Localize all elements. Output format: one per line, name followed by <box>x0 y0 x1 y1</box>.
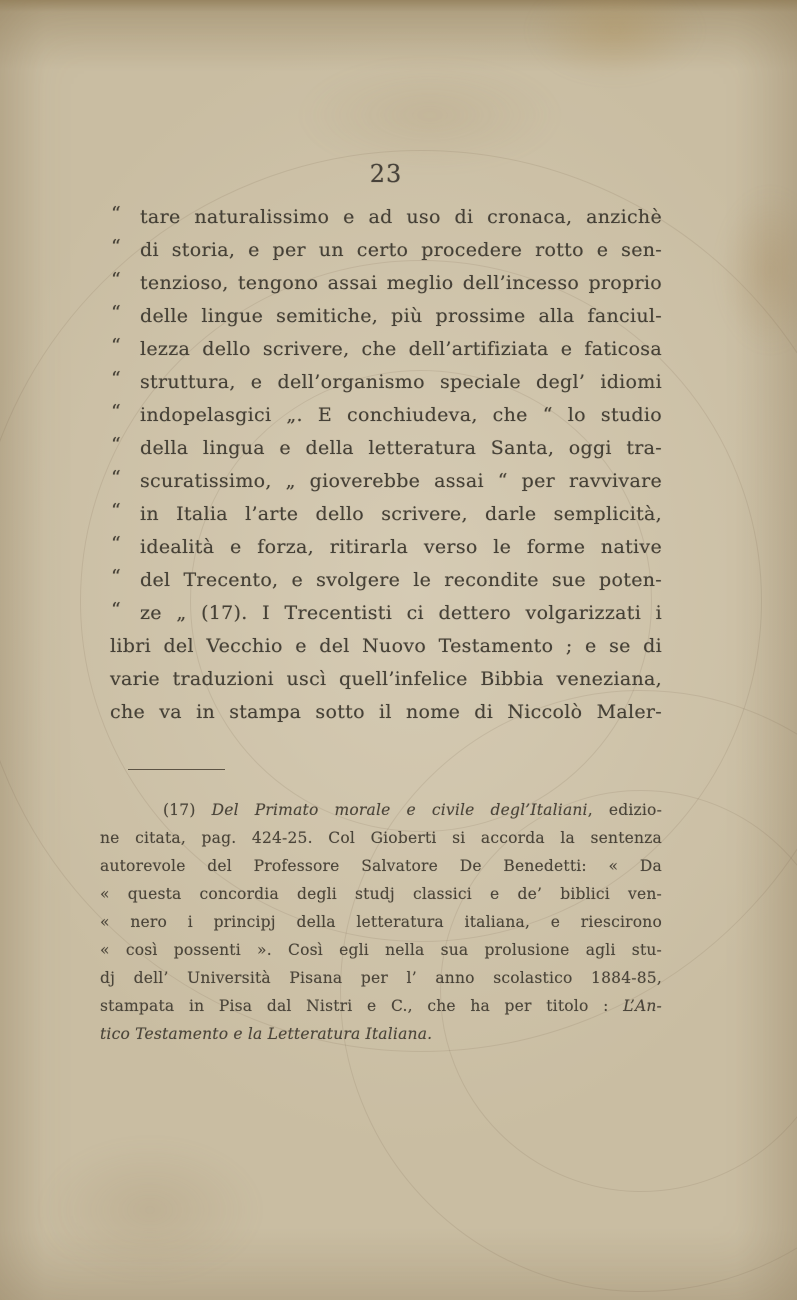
margin-quote-mark: “ <box>111 264 121 297</box>
text-line: varie traduzioni uscì quell’infelice Bib… <box>110 663 662 696</box>
margin-quote-mark: “ <box>111 561 121 594</box>
text-line-content: indopelasgici „. E conchiudeva, che “ lo… <box>140 399 662 432</box>
footnote-line: autorevole del Professore Salvatore De B… <box>100 852 662 880</box>
margin-quote-mark: “ <box>111 528 121 561</box>
footnote-text: « questa concordia degli studj classici … <box>100 885 662 903</box>
footnote-text: (17) <box>163 801 212 819</box>
footnote-line: (17) Del Primato morale e civile degl’It… <box>100 796 662 824</box>
text-line-content: varie traduzioni uscì quell’infelice Bib… <box>110 663 662 696</box>
margin-quote-mark: “ <box>111 396 121 429</box>
footnote-text: dj dell’ Università Pisana per l’ anno s… <box>100 969 662 987</box>
text-line-content: delle lingue semitiche, più prossime all… <box>140 300 662 333</box>
text-line: libri del Vecchio e del Nuovo Testamento… <box>110 630 662 663</box>
margin-quote-mark: “ <box>111 330 121 363</box>
text-line: “in Italia l’arte dello scrivere, darle … <box>110 498 662 531</box>
margin-quote-mark: “ <box>111 495 121 528</box>
paper-stain <box>40 1140 260 1280</box>
footnote-text: , edizio- <box>588 801 662 819</box>
margin-quote-mark: “ <box>111 594 121 627</box>
footnote-line: dj dell’ Università Pisana per l’ anno s… <box>100 964 662 992</box>
text-line: “indopelasgici „. E conchiudeva, che “ l… <box>110 399 662 432</box>
text-line-content: ze „ (17). I Trecentisti ci dettero volg… <box>140 597 662 630</box>
text-line-content: di storia, e per un certo procedere rott… <box>140 234 662 267</box>
footnote-line: stampata in Pisa dal Nistri e C., che ha… <box>100 992 662 1020</box>
text-line: “idealità e forza, ritirarla verso le fo… <box>110 531 662 564</box>
text-line: “ze „ (17). I Trecentisti ci dettero vol… <box>110 597 662 630</box>
footnote-italic-title: L’An- <box>623 997 662 1015</box>
text-line-content: tenzioso, tengono assai meglio dell’ince… <box>140 267 662 300</box>
footnote-text: « così possenti ». Così egli nella sua p… <box>100 941 662 959</box>
text-line-content: idealità e forza, ritirarla verso le for… <box>140 531 662 564</box>
text-line: “delle lingue semitiche, più prossime al… <box>110 300 662 333</box>
text-line-content: della lingua e della letteratura Santa, … <box>140 432 662 465</box>
footnote-italic-title: tico Testamento e la Letteratura Italian… <box>100 1025 432 1043</box>
footnote-line: ne citata, pag. 424-25. Col Gioberti si … <box>100 824 662 852</box>
footnote-text: « nero i principj della letteratura ital… <box>100 913 662 931</box>
scanned-book-page: 23 “tare naturalissimo e ad uso di crona… <box>0 0 797 1300</box>
text-line: “struttura, e dell’organismo speciale de… <box>110 366 662 399</box>
footnote-line: « questa concordia degli studj classici … <box>100 880 662 908</box>
text-line-content: del Trecento, e svolgere le recondite su… <box>140 564 662 597</box>
text-line: “lezza dello scrivere, che dell’artifizi… <box>110 333 662 366</box>
text-line-content: tare naturalissimo e ad uso di cronaca, … <box>140 201 662 234</box>
footnote-text: stampata in Pisa dal Nistri e C., che ha… <box>100 997 623 1015</box>
footnote-line: « nero i principj della letteratura ital… <box>100 908 662 936</box>
text-line: che va in stampa sotto il nome di Niccol… <box>110 696 662 729</box>
margin-quote-mark: “ <box>111 297 121 330</box>
margin-quote-mark: “ <box>111 198 121 231</box>
text-line-content: in Italia l’arte dello scrivere, darle s… <box>140 498 662 531</box>
text-line: “tare naturalissimo e ad uso di cronaca,… <box>110 201 662 234</box>
footnote-block: (17) Del Primato morale e civile degl’It… <box>100 796 662 1048</box>
margin-quote-mark: “ <box>111 429 121 462</box>
text-line: “tenzioso, tengono assai meglio dell’inc… <box>110 267 662 300</box>
text-line-content: scuratissimo, „ gioverebbe assai “ per r… <box>140 465 662 498</box>
footnote-text: autorevole del Professore Salvatore De B… <box>100 857 662 875</box>
margin-quote-mark: “ <box>111 462 121 495</box>
text-line-content: libri del Vecchio e del Nuovo Testamento… <box>110 630 662 663</box>
page-number: 23 <box>110 162 662 186</box>
footnote-italic-title: Del Primato morale e civile degl’Italian… <box>212 801 588 819</box>
margin-quote-mark: “ <box>111 363 121 396</box>
text-line: “della lingua e della letteratura Santa,… <box>110 432 662 465</box>
margin-quote-mark: “ <box>111 231 121 264</box>
text-line: “scuratissimo, „ gioverebbe assai “ per … <box>110 465 662 498</box>
footnote-text: ne citata, pag. 424-25. Col Gioberti si … <box>100 829 662 847</box>
footnote-line: tico Testamento e la Letteratura Italian… <box>100 1020 662 1048</box>
paper-stain <box>300 60 560 170</box>
text-line-content: lezza dello scrivere, che dell’artifizia… <box>140 333 662 366</box>
text-line-content: struttura, e dell’organismo speciale deg… <box>140 366 662 399</box>
footnote-separator <box>128 769 225 770</box>
paper-stain <box>720 190 797 350</box>
paper-stain <box>530 0 700 80</box>
footnote-line: « così possenti ». Così egli nella sua p… <box>100 936 662 964</box>
text-line-content: che va in stampa sotto il nome di Niccol… <box>110 696 662 729</box>
text-line: “del Trecento, e svolgere le recondite s… <box>110 564 662 597</box>
text-line: “di storia, e per un certo procedere rot… <box>110 234 662 267</box>
main-text-block: “tare naturalissimo e ad uso di cronaca,… <box>110 201 662 729</box>
